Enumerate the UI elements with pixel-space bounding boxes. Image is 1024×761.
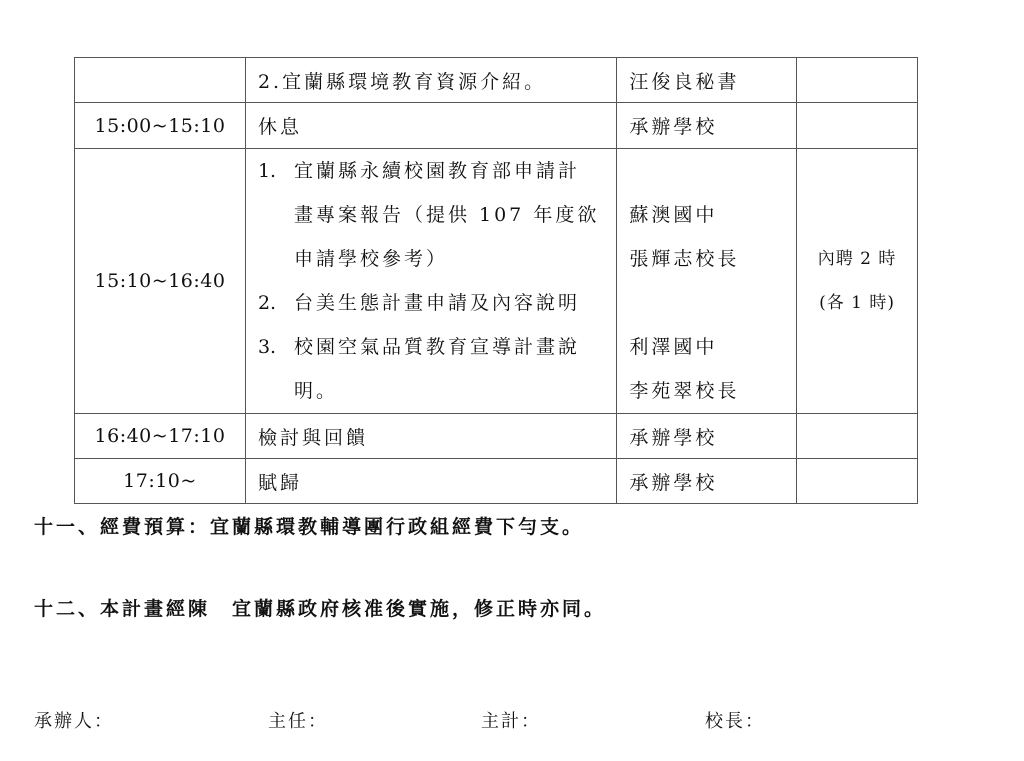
signature-handler: 承辦人：	[34, 707, 114, 733]
speaker-school: 利澤國中	[629, 325, 784, 369]
speaker-cell: 承辦學校	[617, 459, 797, 504]
note-line: (各 1 時)	[809, 281, 905, 325]
table-row: 16:40~17:10 檢討與回饋 承辦學校	[75, 414, 918, 459]
agenda-item: 3. 校園空氣品質教育宣導計畫說 明。	[258, 325, 604, 413]
signature-accountant: 主計：	[481, 707, 541, 733]
speaker-cell: 承辦學校	[617, 414, 797, 459]
signature-principal: 校長：	[705, 707, 765, 733]
item-line: 台美生態計畫申請及內容說明	[294, 281, 604, 325]
note-cell: 內聘 2 時 (各 1 時)	[797, 149, 918, 414]
item-number: 3.	[258, 325, 294, 413]
time-cell: 15:10~16:40	[75, 149, 246, 414]
time-cell: 16:40~17:10	[75, 414, 246, 459]
schedule-table: 2.宜蘭縣環境教育資源介紹。 汪俊良秘書 15:00~15:10 休息 承辦學校…	[74, 57, 918, 504]
topic-cell: 檢討與回饋	[245, 414, 616, 459]
item-line: 畫專案報告（提供 107 年度欲	[294, 193, 604, 237]
item-line: 宜蘭縣永續校園教育部申請計	[294, 149, 604, 193]
approval-section: 十二、本計畫經陳 宜蘭縣政府核准後實施，修正時亦同。	[34, 594, 606, 621]
topic-cell: 2.宜蘭縣環境教育資源介紹。	[245, 58, 616, 103]
time-cell: 15:00~15:10	[75, 103, 246, 149]
budget-section: 十一、經費預算：宜蘭縣環教輔導團行政組經費下勻支。	[34, 512, 584, 539]
topic-cell: 賦歸	[245, 459, 616, 504]
note-cell	[797, 459, 918, 504]
speaker-cell: 蘇澳國中 張輝志校長 利澤國中 李苑翠校長	[617, 149, 797, 414]
table-row: 15:10~16:40 1. 宜蘭縣永續校園教育部申請計 畫專案報告（提供 10…	[75, 149, 918, 414]
item-line: 申請學校參考）	[294, 237, 604, 281]
note-cell	[797, 103, 918, 149]
topic-cell: 1. 宜蘭縣永續校園教育部申請計 畫專案報告（提供 107 年度欲 申請學校參考…	[245, 149, 616, 414]
note-cell	[797, 58, 918, 103]
note-cell	[797, 414, 918, 459]
speaker-school: 蘇澳國中	[629, 193, 784, 237]
agenda-item: 1. 宜蘭縣永續校園教育部申請計 畫專案報告（提供 107 年度欲 申請學校參考…	[258, 149, 604, 281]
table-row: 15:00~15:10 休息 承辦學校	[75, 103, 918, 149]
item-number: 1.	[258, 149, 294, 281]
table-row: 17:10~ 賦歸 承辦學校	[75, 459, 918, 504]
item-line: 校園空氣品質教育宣導計畫說	[294, 325, 604, 369]
time-cell: 17:10~	[75, 459, 246, 504]
agenda-item: 2. 台美生態計畫申請及內容說明	[258, 281, 604, 325]
speaker-name: 張輝志校長	[629, 237, 784, 281]
item-number: 2.	[258, 281, 294, 325]
speaker-cell: 汪俊良秘書	[617, 58, 797, 103]
note-line: 內聘 2 時	[809, 237, 905, 281]
topic-cell: 休息	[245, 103, 616, 149]
signature-director: 主任：	[268, 707, 328, 733]
speaker-cell: 承辦學校	[617, 103, 797, 149]
time-cell	[75, 58, 246, 103]
document-page: 2.宜蘭縣環境教育資源介紹。 汪俊良秘書 15:00~15:10 休息 承辦學校…	[0, 0, 1024, 761]
table-row: 2.宜蘭縣環境教育資源介紹。 汪俊良秘書	[75, 58, 918, 103]
item-line: 明。	[294, 369, 604, 413]
speaker-name: 李苑翠校長	[629, 369, 784, 413]
